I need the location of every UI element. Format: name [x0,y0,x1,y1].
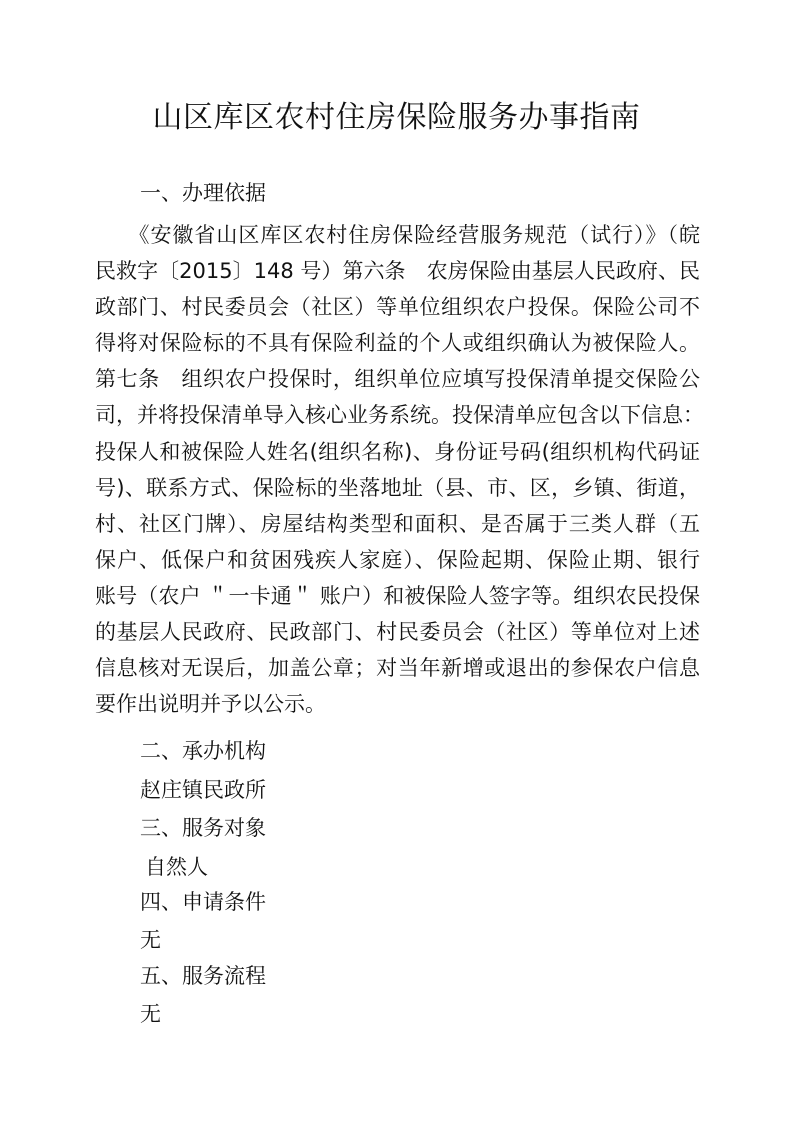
section-conditions-content: 无 [140,925,161,955]
body-line: 《安徽省山区库区农村住房保险经营服务规范（试行）》（皖 [95,217,700,253]
body-line: 的基层人民政府、民政部门、村民委员会（社区）等单位对上述 [95,614,700,650]
section-heading-conditions: 四、申请条件 [140,887,266,917]
body-line: 得将对保险标的不具有保险利益的个人或组织确认为被保险人。 [95,325,700,361]
document-title: 山区库区农村住房保险服务办事指南 [0,98,793,138]
body-line: 投保人和被保险人姓名(组织名称)、身份证号码(组织机构代码证 [95,434,700,470]
body-line: 村、社区门牌）、房屋结构类型和面积、是否属于三类人群（五 [95,506,700,542]
body-line: 信息核对无误后，加盖公章；对当年新增或退出的参保农户信息 [95,650,700,686]
body-line: 保户、低保户和贫困残疾人家庭）、保险起期、保险止期、银行 [95,542,700,578]
section-heading-basis: 一、办理依据 [140,178,266,208]
section-basis-body: 《安徽省山区库区农村住房保险经营服务规范（试行）》（皖 民救字〔2015〕148… [95,217,700,722]
section-agency-content: 赵庄镇民政所 [140,775,266,805]
body-line: 民救字〔2015〕148 号）第六条 农房保险由基层人民政府、民 [95,253,700,289]
body-line: 要作出说明并予以公示。 [95,686,700,722]
body-line: 号)、联系方式、保险标的坐落地址（县、市、区，乡镇、街道， [95,470,700,506]
section-target-content: 自然人 [145,852,208,882]
body-line: 政部门、村民委员会（社区）等单位组织农户投保。保险公司不 [95,289,700,325]
body-line: 司，并将投保清单导入核心业务系统。投保清单应包含以下信息： [95,397,700,433]
section-heading-process: 五、服务流程 [140,961,266,991]
body-line: 账号（农户 ＂一卡通＂ 账户）和被保险人签字等。组织农民投保 [95,578,700,614]
section-process-content: 无 [140,999,161,1029]
section-heading-agency: 二、承办机构 [140,736,266,766]
section-heading-target: 三、服务对象 [140,813,266,843]
body-line: 第七条 组织农户投保时，组织单位应填写投保清单提交保险公 [95,361,700,397]
